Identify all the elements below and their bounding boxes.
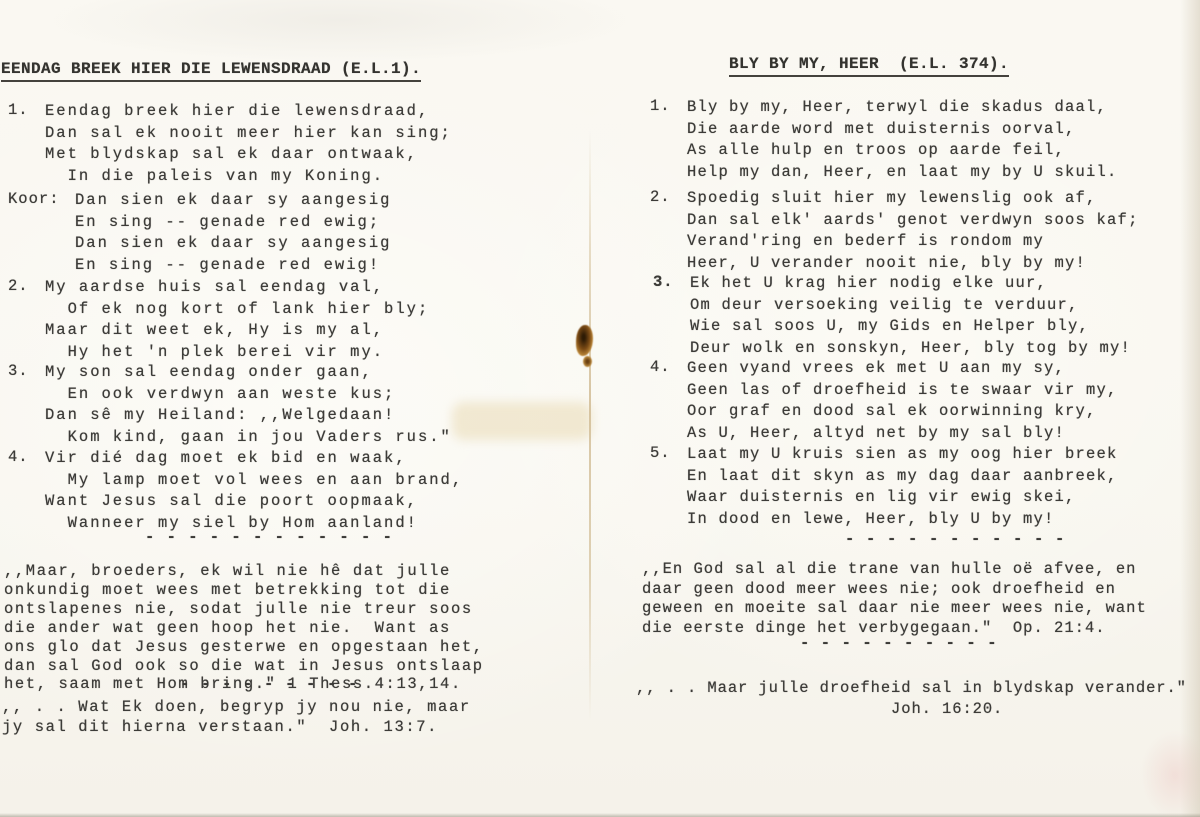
verse-number: 1.	[650, 97, 671, 115]
scripture-quote-joh16: ,, . . Maar julle droefheid sal in blyds…	[636, 678, 1187, 720]
verse-lines: Ek het U krag hier nodig elke uur, Om de…	[690, 273, 1131, 359]
hymn1-chorus: Koor: Dan sien ek daar sy aangesig En si…	[8, 190, 391, 276]
dashed-separator: - - - - - - - - - -	[800, 634, 998, 652]
verse-number: 2.	[8, 277, 29, 295]
scripture-text: ,, . . Maar julle droefheid sal in blyds…	[636, 678, 1187, 720]
hymn1-verse-1: 1. Eendag breek hier die lewensdraad, Da…	[8, 101, 452, 187]
verse-number: 4.	[8, 448, 29, 466]
scripture-quote-op21: ,,En God sal al die trane van hulle oë a…	[642, 560, 1147, 638]
hymn2-verse-3: 3. Ek het U krag hier nodig elke uur, Om…	[653, 273, 1131, 359]
scripture-quote-joh13: ,, . . Wat Ek doen, begryp jy nou nie, m…	[2, 698, 471, 737]
verse-number: 3.	[8, 362, 29, 380]
paper-stain	[452, 402, 592, 440]
paper-corner-tinge	[1140, 730, 1200, 817]
hymn1-verse-4: 4. Vir dié dag moet ek bid en waak, My l…	[8, 448, 463, 534]
center-fold-crease	[589, 130, 591, 720]
verse-number: 3.	[653, 273, 674, 291]
hymn1-verse-3: 3. My son sal eendag onder gaan, En ook …	[8, 362, 452, 448]
dashed-separator: - - - - - - - - - - - -	[145, 528, 393, 546]
scripture-text: ,, . . Wat Ek doen, begryp jy nou nie, m…	[2, 698, 471, 737]
staple-rust-mark-small	[583, 356, 592, 367]
verse-lines: My aardse huis sal eendag val, Of ek nog…	[45, 277, 429, 363]
dashed-separator: - - - - - - - - -	[180, 675, 359, 693]
verse-lines: Spoedig sluit hier my lewenslig ook af, …	[687, 188, 1139, 274]
verse-number: 5.	[650, 444, 671, 462]
verse-lines: My son sal eendag onder gaan, En ook ver…	[45, 362, 452, 448]
verse-number: 2.	[650, 188, 671, 206]
hymn2-verse-2: 2. Spoedig sluit hier my lewenslig ook a…	[650, 188, 1139, 274]
hymn2-verse-1: 1. Bly by my, Heer, terwyl die skadus da…	[650, 97, 1118, 183]
verse-number: 4.	[650, 358, 671, 376]
hymn2-title: BLY BY MY, HEER (E.L. 374).	[729, 55, 1009, 77]
scripture-text: ,,En God sal al die trane van hulle oë a…	[642, 560, 1147, 638]
verse-number: 1.	[8, 101, 29, 119]
chorus-lines: Dan sien ek daar sy aangesig En sing -- …	[75, 190, 391, 276]
paper-bottom-edge-shadow	[0, 813, 1200, 817]
verse-lines: Laat my U kruis sien as my oog hier bree…	[687, 444, 1118, 530]
verse-lines: Vir dié dag moet ek bid en waak, My lamp…	[45, 448, 463, 534]
scanned-hymn-sheet: EENDAG BREEK HIER DIE LEWENSDRAAD (E.L.1…	[0, 0, 1200, 817]
chorus-label: Koor:	[8, 190, 60, 208]
hymn1-title: EENDAG BREEK HIER DIE LEWENSDRAAD (E.L.1…	[1, 60, 421, 82]
verse-lines: Bly by my, Heer, terwyl die skadus daal,…	[687, 97, 1118, 183]
dashed-separator: - - - - - - - - - - -	[845, 530, 1066, 548]
verse-lines: Geen vyand vrees ek met U aan my sy, Gee…	[687, 358, 1118, 444]
hymn1-verse-2: 2. My aardse huis sal eendag val, Of ek …	[8, 277, 429, 363]
hymn2-verse-4: 4. Geen vyand vrees ek met U aan my sy, …	[650, 358, 1118, 444]
hymn2-verse-5: 5. Laat my U kruis sien as my oog hier b…	[650, 444, 1118, 530]
verse-lines: Eendag breek hier die lewensdraad, Dan s…	[45, 101, 452, 187]
